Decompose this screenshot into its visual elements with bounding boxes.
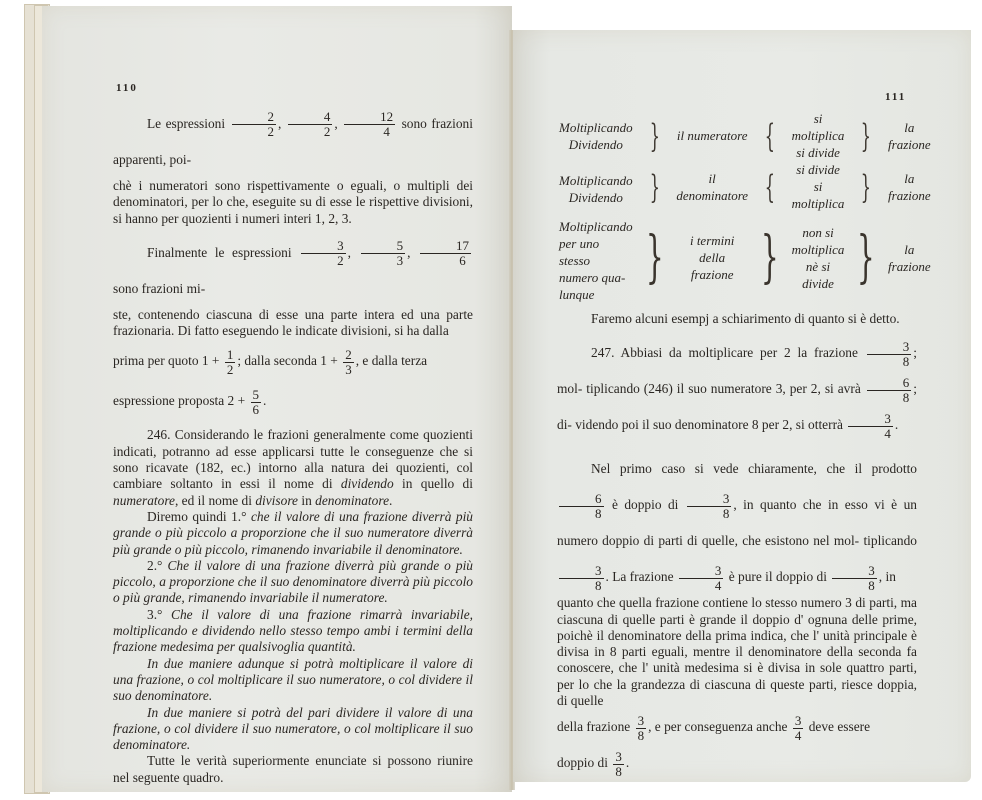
fraction: 56: [251, 388, 262, 417]
summary-table: MoltiplicandoDividendo } il numeratore {…: [557, 110, 933, 303]
fraction: 176: [420, 239, 471, 268]
paragraph: Finalmente le espressioni 32, 53, 176 so…: [113, 235, 473, 307]
fraction: 23: [343, 348, 354, 377]
paragraph: Tutte le verità superiormente enunciate …: [113, 753, 473, 786]
fraction: 38: [613, 750, 624, 779]
paragraph: espressione proposta 2 + 56.: [113, 383, 473, 419]
right-page: 111 MoltiplicandoDividendo } il numerato…: [513, 30, 971, 782]
fraction: 34: [848, 412, 893, 441]
paragraph: 3.° Che il valore di una frazione rimarr…: [113, 607, 473, 656]
fraction: 12: [225, 348, 236, 377]
table-row: MoltiplicandoDividendo } il numeratore {…: [557, 110, 933, 161]
fraction: 53: [361, 239, 406, 268]
fraction: 34: [679, 564, 724, 593]
fraction: 38: [559, 564, 604, 593]
fraction: 68: [559, 492, 604, 521]
fraction: 34: [793, 714, 804, 743]
paragraph: chè i numeratori sono rispettivamente o …: [113, 178, 473, 227]
fraction: 42: [288, 110, 333, 139]
paragraph: Faremo alcuni esempj a schiarimento di q…: [557, 311, 917, 327]
fraction: 32: [301, 239, 346, 268]
paragraph: In due maniere si potrà del pari divider…: [113, 705, 473, 754]
fraction: 38: [832, 564, 877, 593]
fraction: 22: [232, 110, 277, 139]
left-page: 110 Le espressioni 22, 42, 124 sono fraz…: [42, 6, 512, 792]
paragraph-246: 246. Considerando le frazioni generalmen…: [113, 427, 473, 508]
paragraph: Nel primo caso si vede chiaramente, che …: [557, 451, 917, 595]
paragraph: Le espressioni 22, 42, 124 sono frazioni…: [113, 106, 473, 178]
paragraph: prima per quoto 1 + 12; dalla seconda 1 …: [113, 343, 473, 379]
paragraph: della frazione 38, e per conseguenza anc…: [557, 709, 917, 745]
paragraph: doppio di 38.: [557, 745, 917, 781]
table-row: MoltiplicandoDividendo } il denominatore…: [557, 161, 933, 212]
fraction: 68: [867, 376, 912, 405]
paragraph: quanto che quella frazione contiene lo s…: [557, 595, 917, 709]
paragraph-247: 247. Abbiasi da moltiplicare per 2 la fr…: [557, 335, 917, 443]
paragraph: Diremo quindi 1.° che il valore di una f…: [113, 509, 473, 558]
page-number: 110: [116, 82, 138, 94]
fraction: 38: [867, 340, 912, 369]
table-row: Moltiplicandoper uno stessonumero qua-lu…: [557, 212, 933, 303]
paragraph: In due maniere adunque si potrà moltipli…: [113, 656, 473, 705]
page-number: 111: [885, 91, 906, 103]
paragraph: 2.° Che il valore di una frazione diverr…: [113, 558, 473, 607]
fraction: 38: [636, 714, 647, 743]
right-page-text: MoltiplicandoDividendo } il numeratore {…: [557, 110, 917, 781]
left-page-text: Le espressioni 22, 42, 124 sono frazioni…: [113, 106, 473, 786]
fraction: 38: [687, 492, 732, 521]
fraction: 124: [344, 110, 395, 139]
paragraph: ste, contenendo ciascuna di esse una par…: [113, 307, 473, 340]
